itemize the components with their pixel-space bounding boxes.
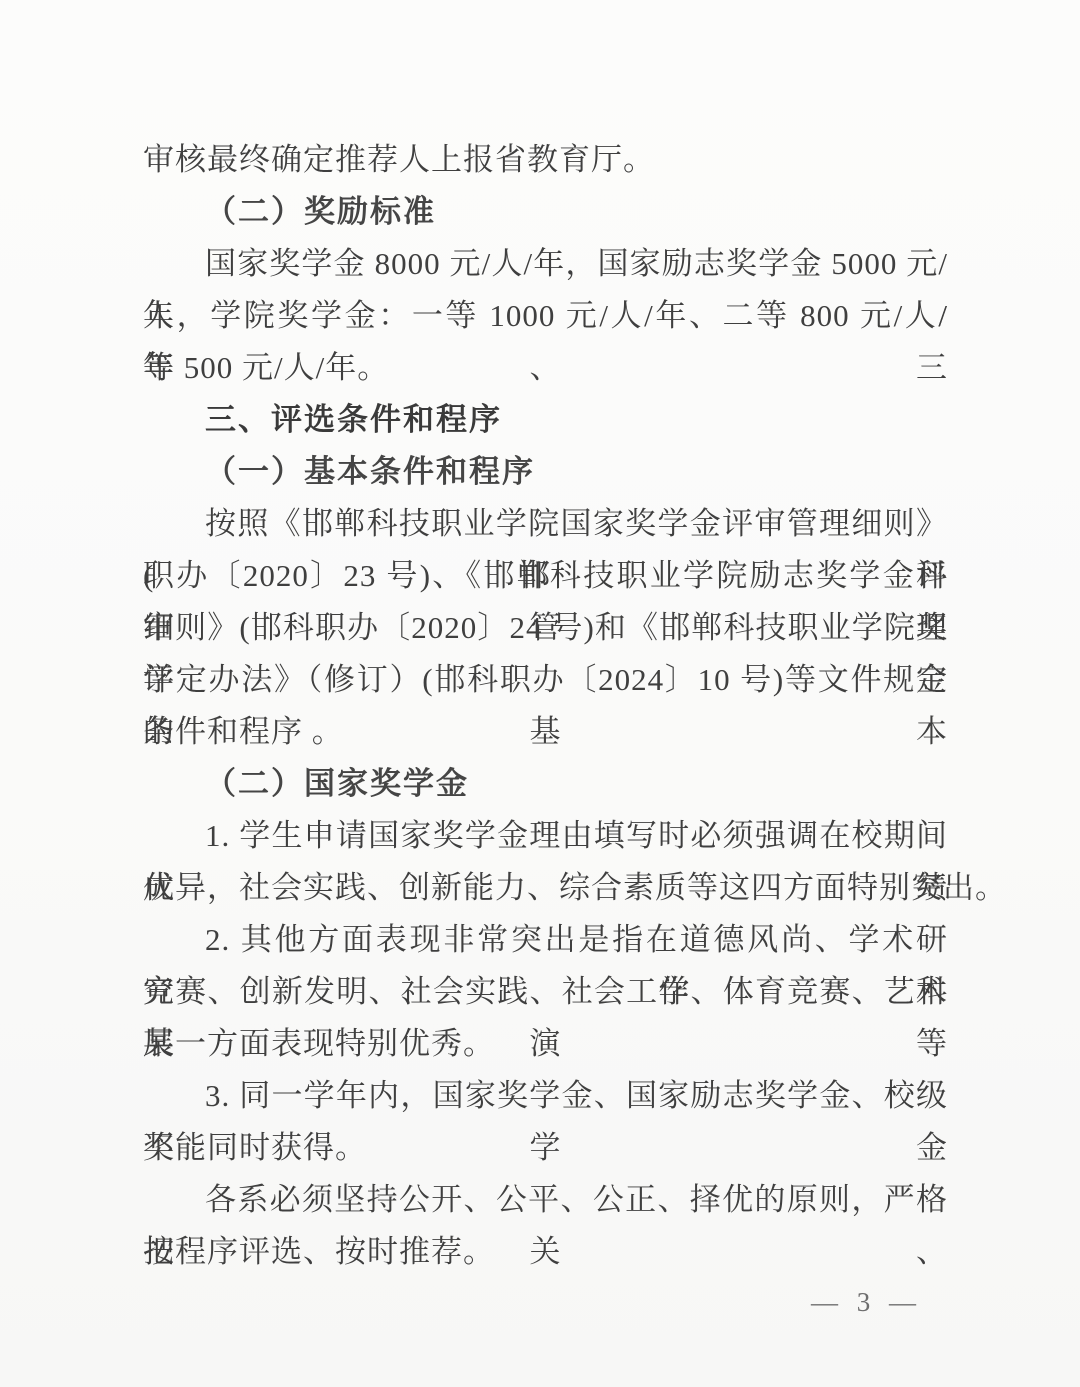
section-title: 三、评选条件和程序 (143, 394, 948, 446)
body-line: 1. 学生申请国家奖学金理由填写时必须强调在校期间成绩 (143, 810, 948, 862)
subsection-title: （二）奖励标准 (143, 186, 948, 238)
body-line: 2. 其他方面表现非常突出是指在道德风尚、学术研究、学科 (143, 914, 948, 966)
body-line: 审核最终确定推荐人上报省教育厅。 (143, 134, 948, 186)
body-line: 各系必须坚持公开、公平、公正、择优的原则，严格把关、 (143, 1174, 948, 1226)
body-line: 国家奖学金 8000 元/人/年，国家励志奖学金 5000 元/人/ (143, 238, 948, 290)
body-line: 年，学院奖学金：一等 1000 元/人/年、二等 800 元/人/年、三 (143, 290, 948, 342)
body-line: 竞赛、创新发明、社会实践、社会工作、体育竞赛、艺术展演等 (143, 966, 948, 1018)
body-line: 职办〔2020〕23 号)、《邯郸科技职业学院励志奖学金评审管理 (143, 550, 948, 602)
body-line: 细则》(邯科职办〔2020〕24 号)和《邯郸科技职业学院奖学金 (143, 602, 948, 654)
page-number: — 3 — (811, 1286, 922, 1318)
subsection-title: （二）国家奖学金 (143, 758, 948, 810)
body-line: 评定办法》（修订）(邯科职办〔2024〕10 号)等文件规定的基本 (143, 654, 948, 706)
document-page: 审核最终确定推荐人上报省教育厅。（二）奖励标准国家奖学金 8000 元/人/年，… (0, 0, 1080, 1387)
subsection-title: （一）基本条件和程序 (143, 446, 948, 498)
body-line: 按照《邯郸科技职业学院国家奖学金评审管理细则》(邯科 (143, 498, 948, 550)
body-line: 3. 同一学年内，国家奖学金、国家励志奖学金、校级奖学金 (143, 1070, 948, 1122)
body-line: 优异，社会实践、创新能力、综合素质等这四方面特别突出。 (143, 862, 948, 914)
document-body: 审核最终确定推荐人上报省教育厅。（二）奖励标准国家奖学金 8000 元/人/年，… (143, 134, 948, 1278)
